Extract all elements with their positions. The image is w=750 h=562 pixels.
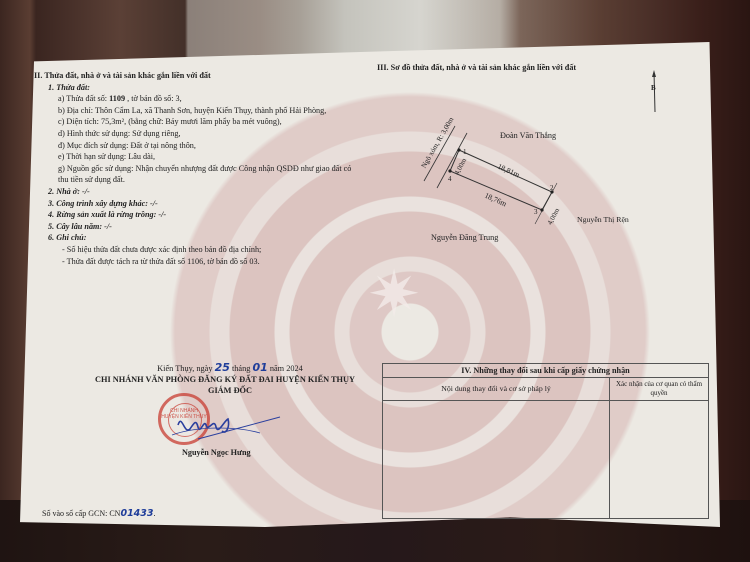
col-authority-confirmation: Xác nhận của cơ quan có thẩm quyền (610, 378, 708, 400)
point-2: 2 (550, 183, 554, 195)
issuing-office: CHI NHÁNH VĂN PHÒNG ĐĂNG KÝ ĐẤT ĐAI HUYỆ… (80, 374, 370, 385)
place-date: Kiến Thụy, ngày 25 tháng 01 năm 2024 (90, 362, 370, 374)
north-label: B (651, 83, 656, 95)
neighbor-south: Nguyễn Đăng Trung (431, 232, 498, 244)
signer-position: GIÁM ĐỐC (90, 385, 370, 396)
changes-table-title: IV. Những thay đổi sau khi cấp giấy chứn… (383, 364, 708, 378)
gcn-registry-number: Số vào sổ cấp GCN: CN01433. (42, 508, 156, 519)
neighbor-north: Đoàn Văn Thắng (500, 130, 556, 142)
point-4: 4 (448, 174, 452, 186)
handwritten-signature (170, 405, 290, 450)
changes-table: IV. Những thay đổi sau khi cấp giấy chứn… (382, 363, 709, 519)
signature-block: Kiến Thụy, ngày 25 tháng 01 năm 2024 CHI… (90, 362, 370, 396)
col-change-content: Nội dung thay đổi và cơ sở pháp lý (383, 378, 610, 400)
point-3: 3 (534, 207, 538, 219)
neighbor-east: Nguyễn Thị Rện (577, 214, 629, 226)
signer-name: Nguyễn Ngọc Hưng (182, 447, 251, 459)
change-content-cell (383, 401, 610, 519)
